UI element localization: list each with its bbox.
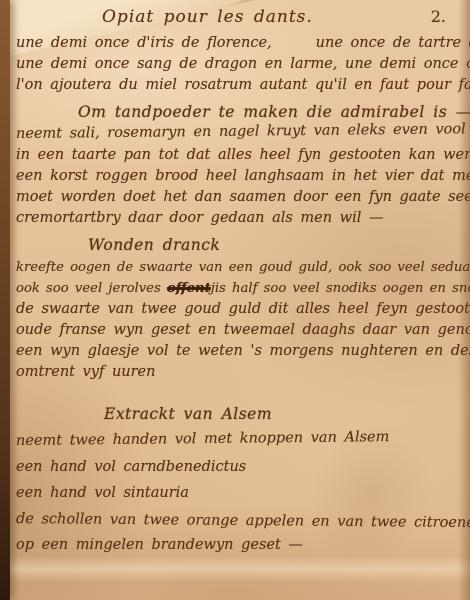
line-text: neemt twee handen vol met knoppen van Al… (16, 429, 390, 449)
manuscript-line: cremortartbry daar door gedaan als men w… (16, 208, 460, 229)
manuscript-line: in een taarte pan tot dat alles heel fyn… (16, 145, 460, 166)
line-text: l'on ajoutera du miel rosatrum autant qu… (16, 77, 470, 93)
manuscript-line: kreefte oogen de swaarte van een goud gu… (16, 257, 460, 278)
manuscript-line: une demi once sang de dragon en larme, u… (16, 54, 460, 75)
manuscript-line: de swaarte van twee goud guld dit alles … (16, 299, 460, 320)
manuscript-line: op een mingelen brandewyn geset — (16, 535, 460, 556)
line-text: cremortartbry daar door gedaan als men w… (16, 210, 383, 226)
line-text: op een mingelen brandewyn geset — (16, 537, 303, 553)
line-text: Wonden dranck (88, 236, 220, 254)
manuscript-line: de schollen van twee orange appelen en v… (16, 509, 460, 534)
line-text: een korst roggen brood heel langhsaam in… (16, 168, 470, 184)
page-right-edge (458, 0, 470, 600)
struck-word: offent (167, 281, 211, 296)
manuscript-line: een korst roggen brood heel langhsaam in… (16, 166, 460, 187)
line-text: Om tandpoeder te maken die admirabel is … (78, 103, 470, 121)
manuscript-line: een wyn glaesje vol te weten 's morgens … (16, 341, 460, 362)
line-text: oude franse wyn geset en tweemael daaghs… (16, 322, 470, 338)
page-number: 2. (431, 5, 446, 29)
line-text: de swaarte van twee goud guld dit alles … (16, 301, 470, 317)
line-text: jis half soo veel snodiks oogen en snodi… (211, 281, 470, 296)
line-text: moet worden doet het dan saamen door een… (16, 189, 470, 205)
manuscript-line: l'on ajoutera du miel rosatrum autant qu… (16, 75, 460, 96)
manuscript-line: neemt twee handen vol met knoppen van Al… (16, 426, 460, 452)
line-text: une demi once d'iris de florence, (16, 35, 272, 51)
section-heading-wonden-dranck: Wonden dranck (88, 234, 460, 257)
line-text: une once de tartre de vin (316, 35, 470, 51)
line-text: in een taarte pan tot dat alles heel fyn… (16, 147, 470, 163)
line-text: ook soo veel jerolves (16, 281, 167, 296)
line-text: een hand vol sintauria (16, 485, 189, 501)
line-text: kreefte oogen de swaarte van een goud gu… (16, 260, 470, 275)
manuscript-line: moet worden doet het dan saamen door een… (16, 187, 460, 208)
line-text: omtrent vyf uuren (16, 364, 155, 380)
paper-highlight (10, 556, 470, 582)
line-text: Extrackt van Alsem (104, 405, 272, 423)
manuscript-text: Opiat pour les dants.2.une demi once d'i… (16, 5, 460, 556)
line-text: een hand vol carndbenedictus (16, 459, 246, 475)
manuscript-line: een hand vol sintauria (16, 483, 460, 504)
manuscript-line: omtrent vyf uuren (16, 362, 460, 383)
manuscript-line: une demi once d'iris de florence,une onc… (16, 33, 460, 54)
line-text: une demi once sang de dragon en larme, u… (16, 56, 470, 72)
page-title: Opiat pour les dants. (102, 5, 313, 29)
page-header: Opiat pour les dants.2. (16, 5, 460, 29)
manuscript-line: neemt sali, rosemaryn en nagel kruyt van… (16, 119, 460, 145)
manuscript-line: ook soo veel jerolves offentjis half soo… (16, 278, 460, 299)
section-heading-extract-alsem: Extrackt van Alsem (104, 403, 460, 426)
binding-edge (0, 0, 10, 600)
manuscript-line: een hand vol carndbenedictus (16, 457, 460, 478)
line-text: de schollen van twee orange appelen en v… (16, 511, 470, 531)
line-text: neemt sali, rosemaryn en nagel kruyt van… (16, 121, 470, 142)
manuscript-line: oude franse wyn geset en tweemael daaghs… (16, 320, 460, 341)
manuscript-page: Opiat pour les dants.2.une demi once d'i… (0, 0, 470, 600)
line-text: een wyn glaesje vol te weten 's morgens … (16, 343, 470, 359)
